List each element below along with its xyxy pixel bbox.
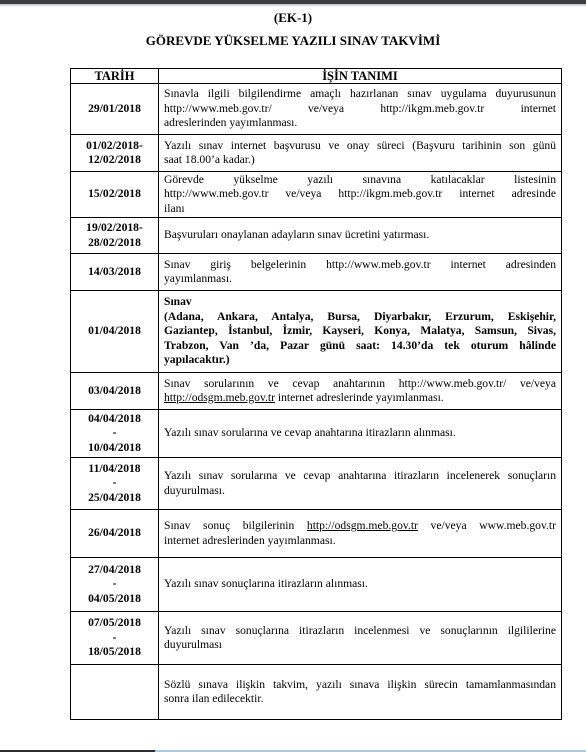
description-line: sonra ilan edilecektir.: [164, 692, 556, 707]
table-row: 15/02/2018Görevde yükselme yazılı sınavı…: [71, 172, 562, 218]
row-description: Yazılı sınav sorularına ve cevap anahtar…: [159, 410, 562, 458]
exam-schedule-table: TARİH İŞİN TANIMI 29/01/2018Sınavla ilgi…: [70, 68, 562, 720]
date-line: 10/04/2018: [76, 441, 153, 456]
description-line: Gaziantep, İstanbul, İzmir, Kayseri, Kon…: [164, 324, 556, 339]
table-row: 14/03/2018Sınav giriş belgelerinin http:…: [71, 254, 562, 291]
row-description: Sınav(Adana, Ankara, Antalya, Bursa, Diy…: [159, 291, 562, 373]
description-line: Sınav giriş belgelerinin http://www.meb.…: [164, 258, 556, 273]
description-line: duyurulması: [164, 638, 556, 653]
description-line: adreslerinden yayımlanması.: [164, 116, 556, 131]
date-line: 04/05/2018: [76, 592, 153, 607]
row-date: 26/04/2018: [71, 510, 159, 558]
table-row: Sözlü sınava ilişkin takvim, yazılı sına…: [71, 665, 562, 720]
url-link[interactable]: http://odsgm.meb.gov.tr: [164, 391, 275, 404]
date-line: -: [76, 476, 153, 491]
description-line: internet adreslerinden yayımlanması.: [164, 534, 556, 549]
table-row: 11/04/2018-25/04/2018Yazılı sınav sorula…: [71, 458, 562, 510]
row-description: Görevde yükselme yazılı sınavına katılac…: [159, 172, 562, 218]
row-date: 01/02/2018-12/02/2018: [71, 135, 159, 172]
description-line: http://odsgm.meb.gov.tr internet adresle…: [164, 391, 556, 406]
description-line: Sınavla ilgili bilgilendirme amaçlı hazı…: [164, 87, 556, 102]
row-date: [71, 665, 159, 720]
description-line: ilanı: [164, 202, 556, 217]
table-row: 26/04/2018Sınav sonuç bilgilerinin http:…: [71, 510, 562, 558]
description-line: saat 18.00’a kadar.): [164, 153, 556, 168]
description-line: Yazılı sınav sonuçlarına itirazların alı…: [164, 577, 556, 592]
row-description: Sınav sonuç bilgilerinin http://odsgm.me…: [159, 510, 562, 558]
description-line: duyurulması.: [164, 484, 556, 499]
header-date: TARİH: [71, 69, 159, 84]
date-line: 07/05/2018: [76, 616, 153, 631]
date-line: -: [76, 577, 153, 592]
row-date: 11/04/2018-25/04/2018: [71, 458, 159, 510]
table-row: 01/02/2018-12/02/2018Yazılı sınav intern…: [71, 135, 562, 172]
row-description: Sözlü sınava ilişkin takvim, yazılı sına…: [159, 665, 562, 720]
url-link[interactable]: http://odsgm.meb.gov.tr: [307, 519, 418, 532]
description-line: yayımlanması.: [164, 272, 556, 287]
table-row: 01/04/2018Sınav(Adana, Ankara, Antalya, …: [71, 291, 562, 373]
description-line: Sınav sorularının ve cevap anahtarının h…: [164, 377, 556, 392]
description-line: Yazılı sınav internet başvurusu ve onay …: [164, 139, 556, 154]
table-header-row: TARİH İŞİN TANIMI: [71, 69, 562, 84]
row-date: 27/04/2018-04/05/2018: [71, 558, 159, 612]
viewer-top-shadow: [0, 4, 586, 7]
row-description: Yazılı sınav sonuçlarına itirazların inc…: [159, 612, 562, 665]
date-line: 04/04/2018: [76, 412, 153, 427]
header-description: İŞİN TANIMI: [159, 69, 562, 84]
date-line: 15/02/2018: [76, 187, 153, 202]
date-line: 27/04/2018: [76, 563, 153, 578]
table-row: 27/04/2018-04/05/2018Yazılı sınav sonuçl…: [71, 558, 562, 612]
date-line: 12/02/2018: [76, 153, 153, 168]
date-line: 26/04/2018: [76, 526, 153, 541]
description-line: Yazılı sınav sonuçlarına itirazların inc…: [164, 624, 556, 639]
row-description: Yazılı sınav sorularına ve cevap anahtar…: [159, 458, 562, 510]
row-date: 04/04/2018-10/04/2018: [71, 410, 159, 458]
date-line: 18/05/2018: [76, 645, 153, 660]
row-date: 19/02/2018-28/02/2018: [71, 218, 159, 254]
description-line: Sınav sonuç bilgilerinin http://odsgm.me…: [164, 519, 556, 534]
table-row: 07/05/2018-18/05/2018Yazılı sınav sonuçl…: [71, 612, 562, 665]
date-line: 29/01/2018: [76, 102, 153, 117]
row-description: Sınavla ilgili bilgilendirme amaçlı hazı…: [159, 84, 562, 135]
row-description: Başvuruları onaylanan adayların sınav üc…: [159, 218, 562, 254]
description-line: Trabzon, Van ’da, Pazar günü saat: 14.30…: [164, 339, 556, 354]
date-line: -: [76, 426, 153, 441]
date-line: 14/03/2018: [76, 265, 153, 280]
description-line: (Adana, Ankara, Antalya, Bursa, Diyarbak…: [164, 310, 556, 325]
description-line: Sözlü sınava ilişkin takvim, yazılı sına…: [164, 678, 556, 693]
row-description: Sınav sorularının ve cevap anahtarının h…: [159, 373, 562, 410]
description-line: http://www.meb.gov.tr/ ve/veya http://ik…: [164, 102, 556, 117]
row-date: 15/02/2018: [71, 172, 159, 218]
description-line: Yazılı sınav sorularına ve cevap anahtar…: [164, 426, 556, 441]
date-line: 28/02/2018: [76, 236, 153, 251]
document-title: GÖREVDE YÜKSELME YAZILI SINAV TAKVİMİ: [0, 33, 586, 49]
annex-label: (EK-1): [0, 10, 586, 26]
table-row: 04/04/2018-10/04/2018Yazılı sınav sorula…: [71, 410, 562, 458]
description-line: yapılacaktır.): [164, 353, 556, 368]
row-date: 29/01/2018: [71, 84, 159, 135]
date-line: 01/04/2018: [76, 324, 153, 339]
table-row: 19/02/2018-28/02/2018Başvuruları onaylan…: [71, 218, 562, 254]
date-line: -: [76, 631, 153, 646]
date-line: 01/02/2018-: [76, 139, 153, 154]
description-line: Başvuruları onaylanan adayların sınav üc…: [164, 228, 556, 243]
row-date: 14/03/2018: [71, 254, 159, 291]
table-row: 03/04/2018Sınav sorularının ve cevap ana…: [71, 373, 562, 410]
description-line: Görevde yükselme yazılı sınavına katılac…: [164, 173, 556, 188]
date-line: 11/04/2018: [76, 462, 153, 477]
description-line: http://www.meb.gov.tr ve/veya http://ikg…: [164, 187, 556, 202]
row-date: 07/05/2018-18/05/2018: [71, 612, 159, 665]
row-description: Yazılı sınav internet başvurusu ve onay …: [159, 135, 562, 172]
date-line: 25/04/2018: [76, 491, 153, 506]
description-line: Sınav: [164, 295, 556, 310]
description-line: Yazılı sınav sorularına ve cevap anahtar…: [164, 469, 556, 484]
table-row: 29/01/2018Sınavla ilgili bilgilendirme a…: [71, 84, 562, 135]
date-line: 03/04/2018: [76, 384, 153, 399]
date-line: 19/02/2018-: [76, 221, 153, 236]
row-description: Yazılı sınav sonuçlarına itirazların alı…: [159, 558, 562, 612]
row-date: 01/04/2018: [71, 291, 159, 373]
row-date: 03/04/2018: [71, 373, 159, 410]
row-description: Sınav giriş belgelerinin http://www.meb.…: [159, 254, 562, 291]
